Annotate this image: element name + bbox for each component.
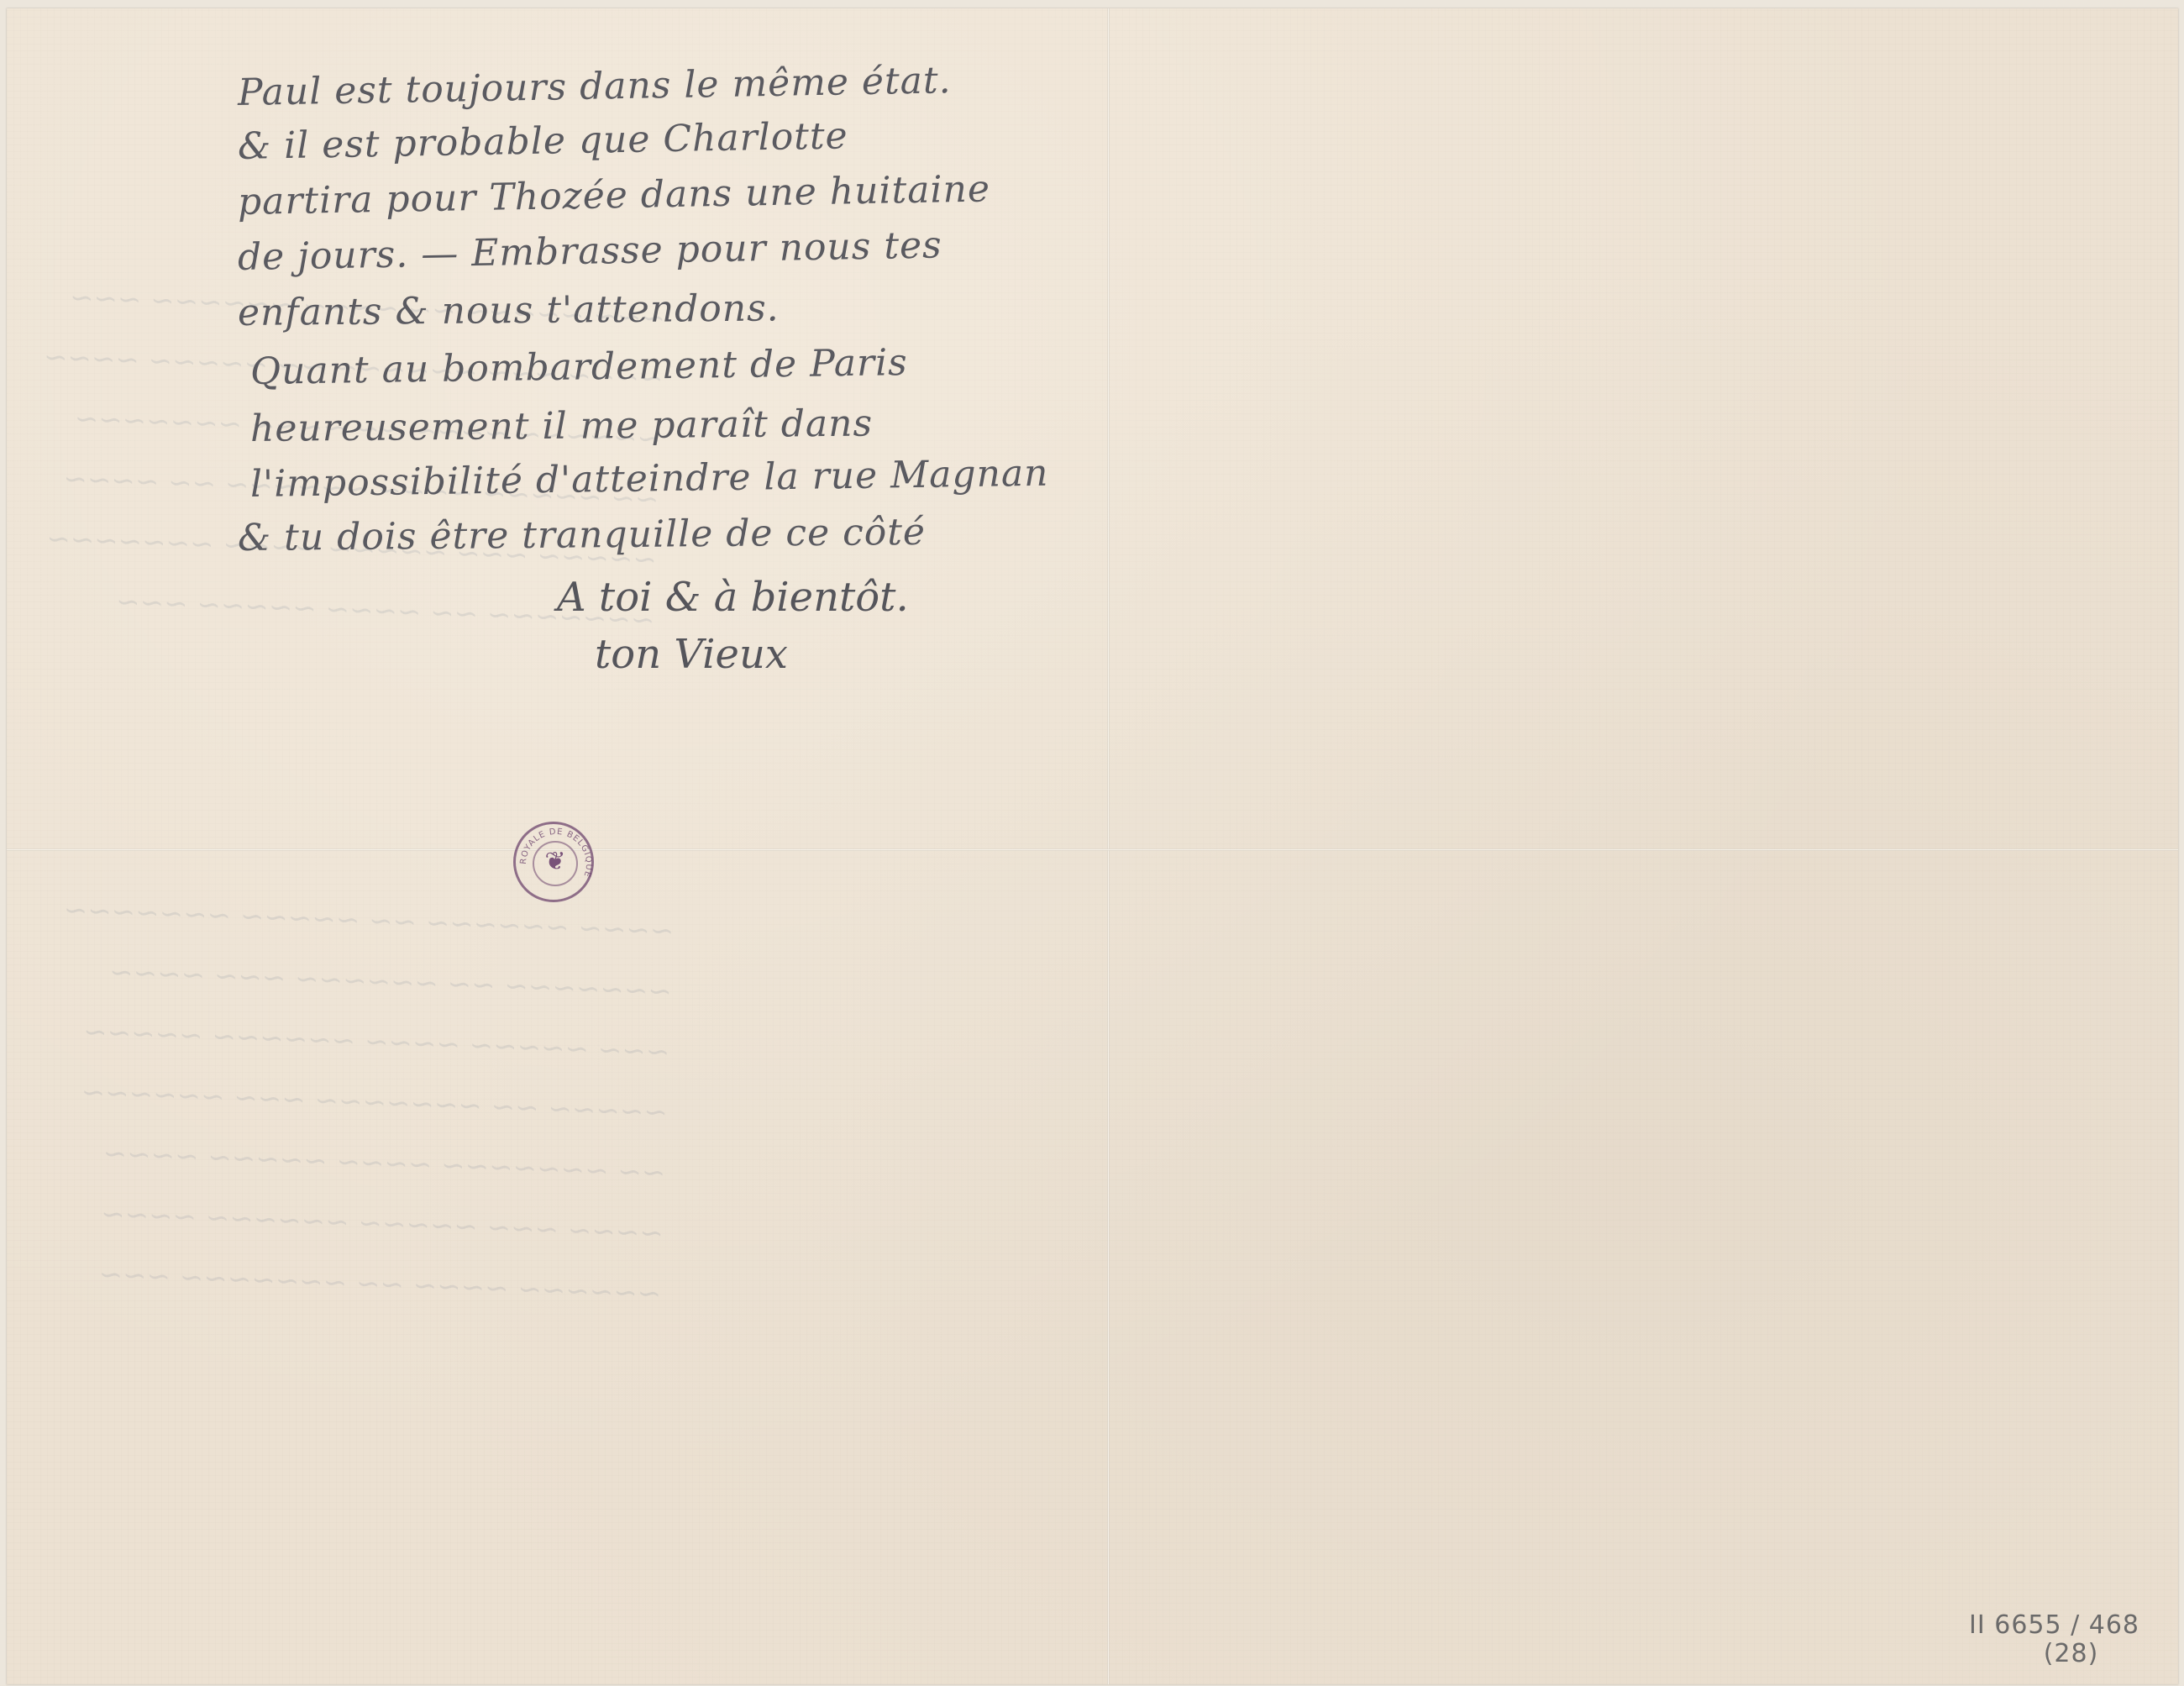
stamp-emblem-icon: ❦ (541, 848, 570, 876)
letter-line: heureusement il me paraît dans (250, 402, 874, 450)
catalog-number-sub: (28) (2003, 1640, 2139, 1668)
letter-line: & il est probable que Charlotte (238, 114, 848, 168)
stamp-inner-ring: ❦ (533, 841, 578, 886)
letter-line: partira pour Thozée dans une huitaine (238, 167, 991, 223)
letter-line: Paul est toujours dans le même état. (238, 59, 952, 114)
letter-line: de jours. — Embrasse pour nous tes (238, 223, 943, 279)
closing-line: A toi & à bientôt. (557, 574, 909, 621)
vertical-fold-line (1107, 8, 1110, 1684)
library-stamp: ROYALE DE BELGIQUE ❦ (513, 822, 594, 902)
catalog-number: II 6655 / 468 (28) (1969, 1611, 2139, 1668)
catalog-number-main: II 6655 / 468 (1969, 1610, 2139, 1640)
letter-line: & tu dois être tranquille de ce côté (238, 511, 926, 559)
letter-line: enfants & nous t'attendons. (238, 286, 780, 334)
horizontal-fold-line (7, 848, 2178, 851)
show-through-text: ~~~~ ~~~~~~ ~~ ~~~~~ ~~~~~~~ ~~~~~~~ ~~ … (50, 880, 675, 1324)
signature: ton Vieux (595, 631, 788, 678)
letter-page: ~~~ ~~~~~ ~~ ~~~~ ~~~~~~ ~~~ ~~~~ ~~~ ~~… (7, 8, 2178, 1684)
letter-line: Quant au bombardement de Paris (250, 341, 908, 393)
